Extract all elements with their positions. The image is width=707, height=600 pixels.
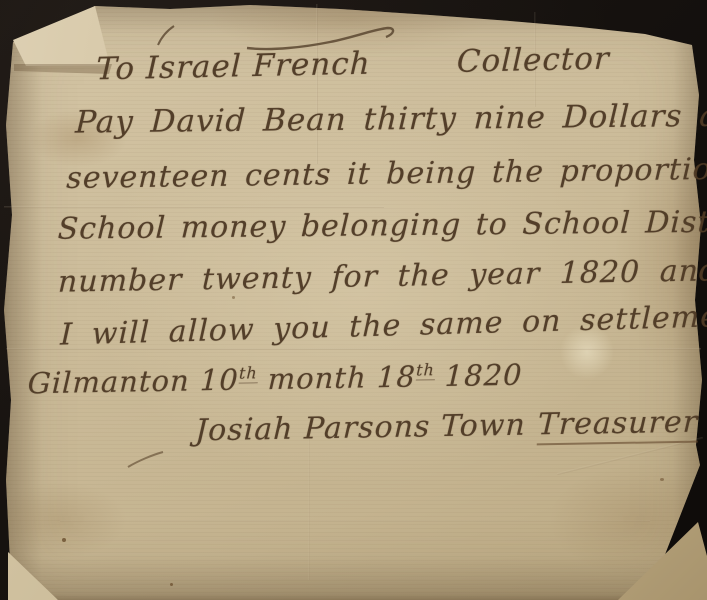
body-line: Pay David Bean thirty nine Dollars and [75,97,707,140]
salutation-to: To Israel French [96,46,372,88]
signature-name: Josiah Parsons Town [195,408,527,449]
dateline-month-suffix: th [416,361,435,381]
signature-line: Josiah Parsons TownTreasurer [195,405,699,449]
dateline-place: Gilmanton [27,363,190,400]
dateline-day: 10 [199,363,239,398]
salutation-line: To Israel French Collector [96,41,611,88]
dateline-month: month 18 [267,360,416,397]
dateline-day-suffix: th [239,364,258,384]
dateline: Gilmanton10thmonth 18th1820 [27,358,523,401]
dateline-year: 1820 [444,358,523,393]
signature-title-underlined: Treasurer [537,405,699,446]
body-line: I will allow you the same on settlement [60,298,707,352]
handwritten-text: To Israel French Collector Pay David Bea… [0,0,707,600]
salutation-recipient: Collector [456,41,610,80]
body-line: number twenty for the year 1820 and [57,253,707,300]
body-line: School money belonging to School Distric… [57,204,707,246]
scanned-document-page: To Israel French Collector Pay David Bea… [0,0,707,600]
body-line: seventeen cents it being the proportion … [66,151,707,196]
